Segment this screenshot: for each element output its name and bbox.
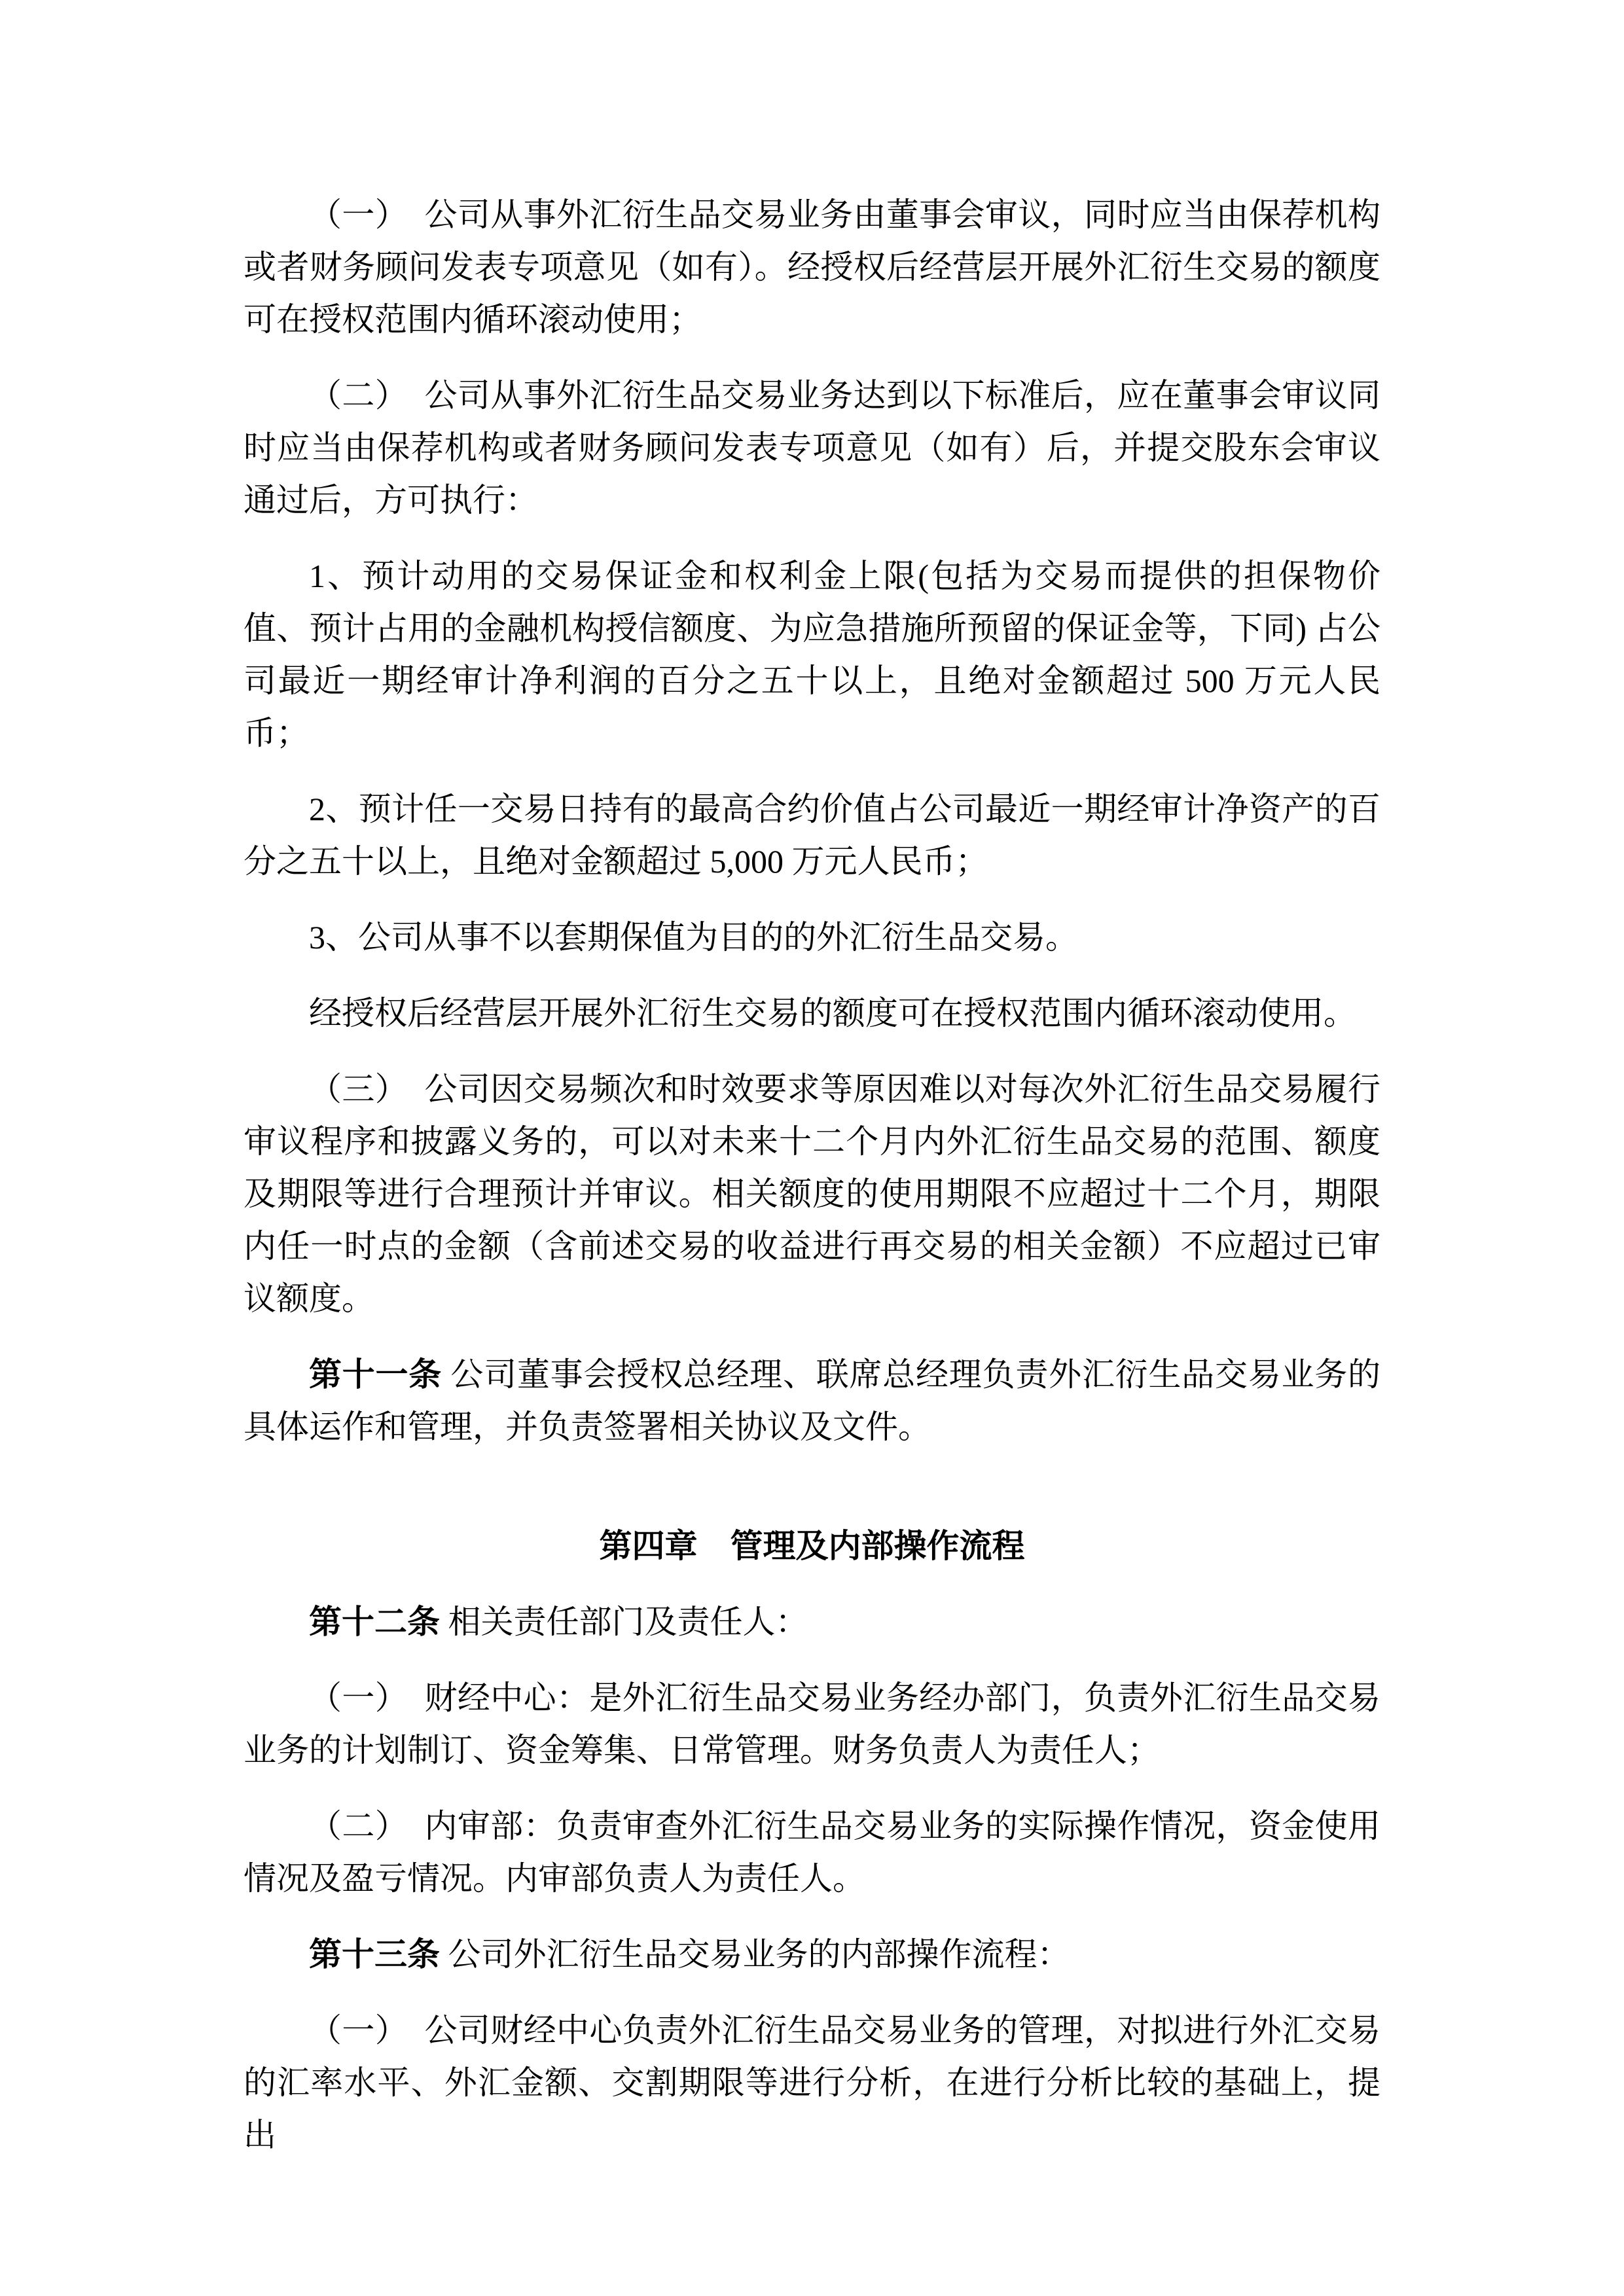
text-run: （二） 内审部：负责审查外汇衍生品交易业务的实际操作情况，资金使用情况及盈亏情况… — [244, 1808, 1380, 1897]
article-number: 第十一条 — [309, 1356, 442, 1393]
document-body: （一） 公司从事外汇衍生品交易业务由董事会审议，同时应当由保荐机构或者财务顾问发… — [244, 188, 1380, 2161]
paragraph: （二） 内审部：负责审查外汇衍生品交易业务的实际操作情况，资金使用情况及盈亏情况… — [244, 1800, 1380, 1905]
text-run: 相关责任部门及责任人： — [440, 1604, 808, 1640]
document-page: （一） 公司从事外汇衍生品交易业务由董事会审议，同时应当由保荐机构或者财务顾问发… — [0, 0, 1624, 2296]
text-run: 公司外汇衍生品交易业务的内部操作流程： — [440, 1936, 1070, 1973]
text-run: 2、预计任一交易日持有的最高合约价值占公司最近一期经审计净资产的百分之五十以上，… — [244, 791, 1380, 880]
article-number: 第十三条 — [309, 1936, 440, 1973]
article-number: 第十二条 — [309, 1604, 440, 1640]
paragraph: 经授权后经营层开展外汇衍生交易的额度可在授权范围内循环滚动使用。 — [244, 987, 1380, 1039]
text-run: （二） 公司从事外汇衍生品交易业务达到以下标准后，应在董事会审议同时应当由保荐机… — [244, 377, 1380, 518]
text-run: 经授权后经营层开展外汇衍生交易的额度可在授权范围内循环滚动使用。 — [309, 995, 1356, 1031]
paragraph: （二） 公司从事外汇衍生品交易业务达到以下标准后，应在董事会审议同时应当由保荐机… — [244, 369, 1380, 526]
paragraph: （一） 财经中心：是外汇衍生品交易业务经办部门，负责外汇衍生品交易业务的计划制订… — [244, 1672, 1380, 1776]
chapter-heading: 第四章 管理及内部操作流程 — [244, 1520, 1380, 1572]
paragraph: （一） 公司财经中心负责外汇衍生品交易业务的管理，对拟进行外汇交易的汇率水平、外… — [244, 2004, 1380, 2161]
paragraph: 1、预计动用的交易保证金和权利金上限(包括为交易而提供的担保物价值、预计占用的金… — [244, 550, 1380, 759]
text-run: （一） 财经中心：是外汇衍生品交易业务经办部门，负责外汇衍生品交易业务的计划制订… — [244, 1679, 1380, 1768]
paragraph: （一） 公司从事外汇衍生品交易业务由董事会审议，同时应当由保荐机构或者财务顾问发… — [244, 188, 1380, 346]
document-root: { "page": { "background_color": "#ffffff… — [0, 0, 1624, 2296]
text-run: 1、预计动用的交易保证金和权利金上限(包括为交易而提供的担保物价值、预计占用的金… — [244, 558, 1380, 751]
chapter-title-text: 第四章 管理及内部操作流程 — [600, 1528, 1025, 1564]
text-run: 3、公司从事不以套期保值为目的的外汇衍生品交易。 — [309, 919, 1078, 956]
text-run: （三） 公司因交易频次和时效要求等原因难以对每次外汇衍生品交易履行审议程序和披露… — [244, 1071, 1380, 1317]
paragraph: 第十二条 相关责任部门及责任人： — [244, 1596, 1380, 1648]
text-run: （一） 公司财经中心负责外汇衍生品交易业务的管理，对拟进行外汇交易的汇率水平、外… — [244, 2012, 1380, 2153]
paragraph: （三） 公司因交易频次和时效要求等原因难以对每次外汇衍生品交易履行审议程序和披露… — [244, 1063, 1380, 1325]
paragraph: 3、公司从事不以套期保值为目的的外汇衍生品交易。 — [244, 911, 1380, 963]
paragraph: 第十三条 公司外汇衍生品交易业务的内部操作流程： — [244, 1928, 1380, 1981]
paragraph: 第十一条 公司董事会授权总经理、联席总经理负责外汇衍生品交易业务的具体运作和管理… — [244, 1348, 1380, 1453]
paragraph: 2、预计任一交易日持有的最高合约价值占公司最近一期经审计净资产的百分之五十以上，… — [244, 783, 1380, 888]
text-run: （一） 公司从事外汇衍生品交易业务由董事会审议，同时应当由保荐机构或者财务顾问发… — [244, 196, 1380, 338]
